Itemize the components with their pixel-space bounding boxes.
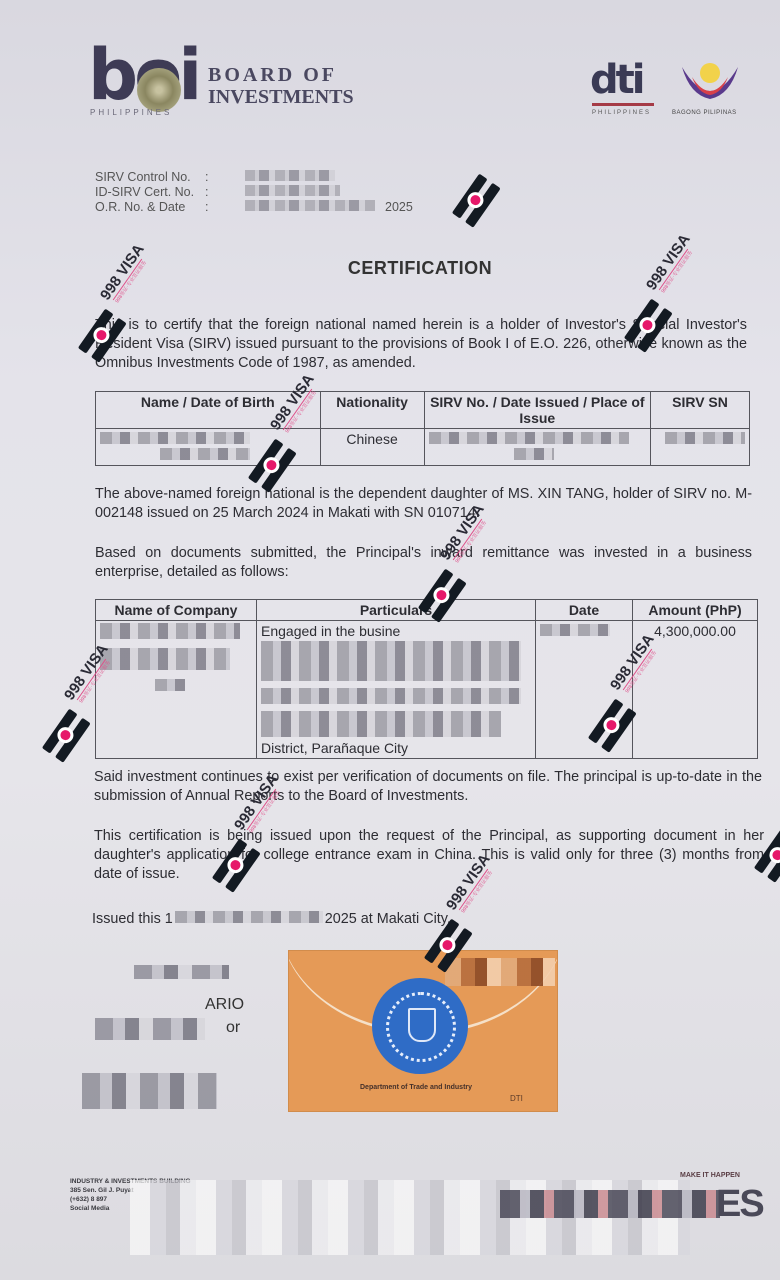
watermark-chip-icon (452, 183, 492, 226)
boi-coin-icon (137, 68, 181, 112)
cell-date (536, 621, 633, 759)
col-header: Particulars (257, 600, 536, 621)
redacted-value (245, 200, 375, 211)
redacted-value (245, 185, 340, 196)
meta-label: ID-SIRV Cert. No. (95, 185, 205, 200)
cell-amount: 4,300,000.00 (633, 621, 758, 759)
redacted-stamp-detail (445, 958, 555, 986)
dependent-paragraph: The above-named foreign national is the … (95, 485, 752, 523)
footer-slogan: MAKE IT HAPPEN (680, 1172, 740, 1180)
dti-logo: dti (590, 58, 642, 102)
redacted-value (245, 170, 335, 181)
meta-row: O.R. No. & Date : 2025 (95, 200, 413, 215)
boi-logo-subtext: PHILIPPINES (90, 108, 172, 117)
stamp-caption: Department of Trade and Industry (360, 1084, 472, 1091)
redacted-signature (134, 965, 229, 979)
remittance-paragraph: Based on documents submitted, the Princi… (95, 544, 752, 582)
boi-title-line2: INVESTMENTS (208, 86, 354, 108)
cell-sirv (424, 429, 650, 466)
cell-nationality: Chinese (320, 429, 424, 466)
or-year: 2025 (385, 200, 413, 215)
boi-title: BOARD OF INVESTMENTS (208, 64, 354, 108)
cell-name-dob (96, 429, 321, 466)
signatory-title: or (226, 1019, 240, 1037)
purpose-paragraph: This certification is being issued upon … (94, 827, 764, 884)
signatory-name: ARIO (205, 996, 244, 1014)
dti-logo-subtext: PHILIPPINES (592, 110, 651, 116)
cell-sn (651, 429, 750, 466)
col-header: Amount (PhP) (633, 600, 758, 621)
boi-title-line1: BOARD OF (208, 64, 354, 86)
meta-label: O.R. No. & Date (95, 200, 205, 215)
investment-table: Name of Company Particulars Date Amount … (95, 599, 758, 759)
document-title: CERTIFICATION (0, 258, 780, 279)
col-header: SIRV SN (651, 392, 750, 429)
continues-paragraph: Said investment continues to exist per v… (94, 768, 762, 806)
col-header: Name of Company (96, 600, 257, 621)
bagong-pilipinas-text: BAGONG PILIPINAS (672, 110, 737, 116)
col-header: Name / Date of Birth (96, 392, 321, 429)
issued-suffix: 2025 at Makati City. (325, 911, 451, 927)
table-row: Engaged in the busine District, Parañaqu… (96, 621, 758, 759)
meta-row: SIRV Control No. : (95, 170, 413, 185)
table-row: Chinese (96, 429, 750, 466)
redacted-signatory-name (95, 1018, 205, 1040)
dti-seal-icon (372, 978, 468, 1074)
dti-logo-bar (592, 103, 654, 106)
issued-prefix: Issued this 1 (92, 911, 173, 927)
col-header: Nationality (320, 392, 424, 429)
particulars-end: District, Parañaque City (261, 740, 531, 756)
stamp-mark: DTI (510, 1094, 523, 1103)
watermark-998-visa (448, 165, 518, 235)
cell-company (96, 621, 257, 759)
redacted-footer-brand (500, 1190, 720, 1218)
particulars-start: Engaged in the busine (261, 623, 531, 639)
intro-paragraph: This is to certify that the foreign nati… (95, 316, 747, 373)
bagong-pilipinas-logo-icon (678, 55, 742, 105)
control-numbers: SIRV Control No. : ID-SIRV Cert. No. : O… (95, 170, 413, 215)
meta-row: ID-SIRV Cert. No. : (95, 185, 413, 200)
footer-brand-fragment: ES (716, 1183, 763, 1226)
holder-table: Name / Date of Birth Nationality SIRV No… (95, 391, 750, 466)
redacted-initials (82, 1073, 217, 1109)
col-header: SIRV No. / Date Issued / Place of Issue (424, 392, 650, 429)
issued-line: Issued this 12025 at Makati City. (92, 910, 512, 929)
meta-label: SIRV Control No. (95, 170, 205, 185)
col-header: Date (536, 600, 633, 621)
watermark-chip-icon (42, 718, 82, 761)
certification-document: boi PHILIPPINES BOARD OF INVESTMENTS dti… (0, 0, 780, 1280)
cell-particulars: Engaged in the busine District, Parañaqu… (257, 621, 536, 759)
